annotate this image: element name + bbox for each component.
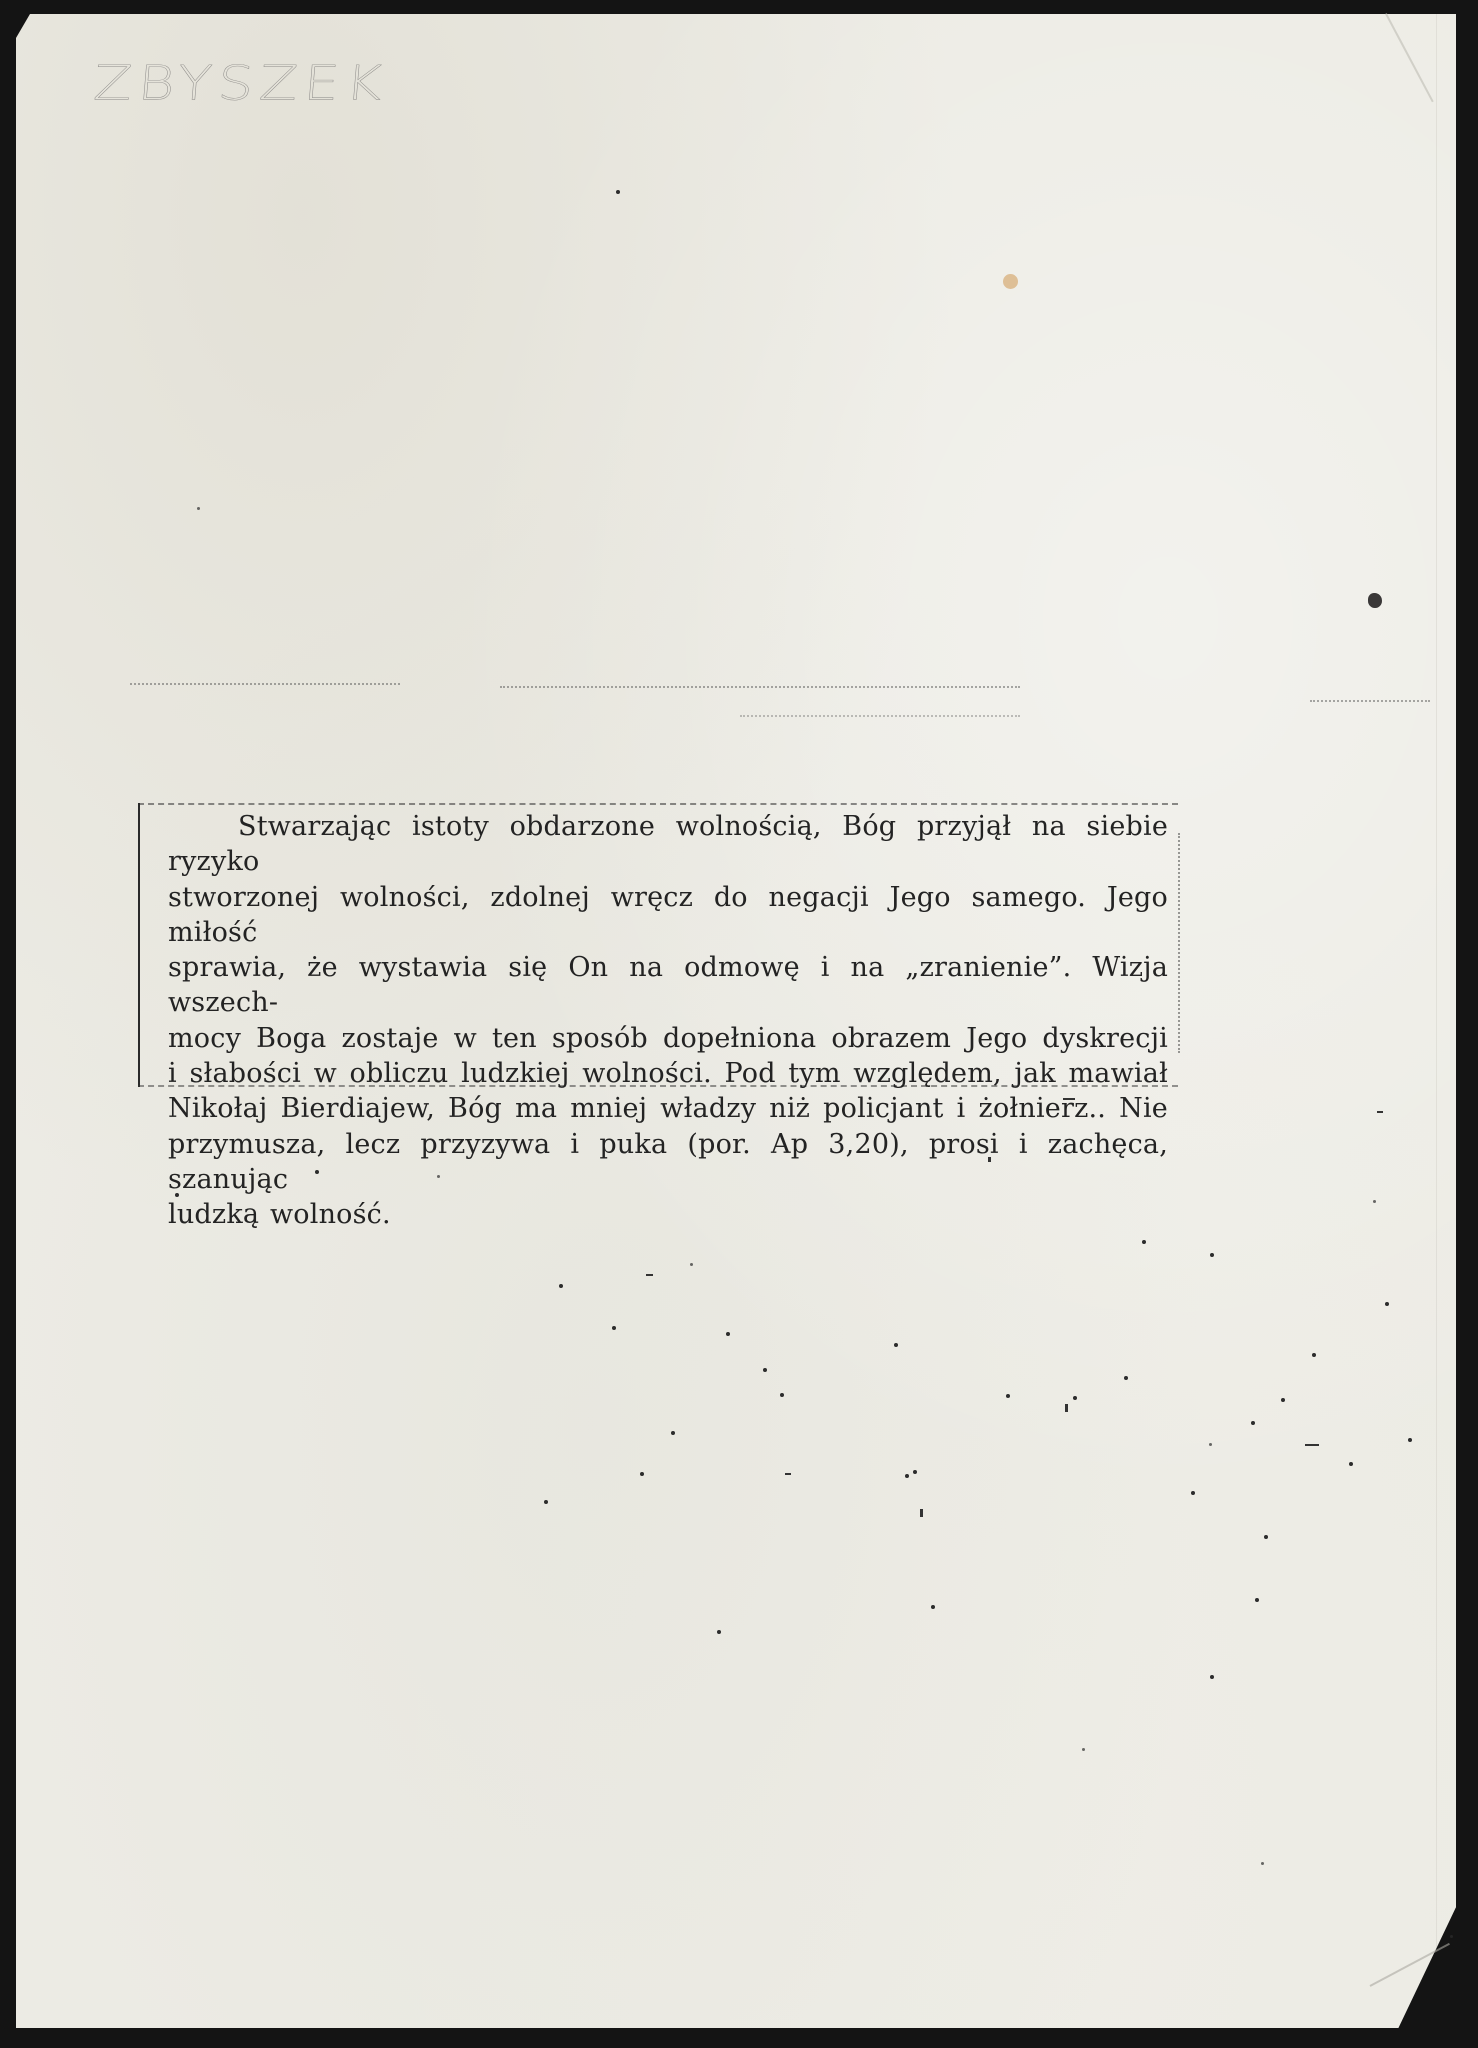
speck xyxy=(1349,1462,1353,1466)
speck xyxy=(544,1500,548,1504)
clipping-border-top xyxy=(138,803,1178,805)
speck xyxy=(717,1630,721,1634)
speck xyxy=(763,1368,767,1372)
stain-mark xyxy=(1003,274,1018,289)
newspaper-clipping: Stwarzając istoty obdarzone wolnością, B… xyxy=(138,803,1178,1087)
speck xyxy=(671,1431,675,1435)
speck xyxy=(1006,1394,1010,1398)
speck xyxy=(616,190,620,194)
speck xyxy=(1305,1444,1319,1446)
speck xyxy=(931,1605,935,1609)
bleed-through-row xyxy=(130,683,400,687)
speck xyxy=(640,1472,644,1476)
clipping-border-right xyxy=(1178,833,1180,1053)
speck xyxy=(437,1175,440,1178)
speck xyxy=(726,1332,730,1336)
speck xyxy=(1073,1396,1077,1400)
bleed-through-row xyxy=(740,715,1020,719)
speck xyxy=(175,1193,179,1197)
speck xyxy=(197,507,200,510)
clipping-line: i słabości w obliczu ludzkiej wolności. … xyxy=(168,1056,1168,1091)
speck xyxy=(1210,1675,1214,1679)
speck xyxy=(1261,1862,1264,1865)
speck xyxy=(894,1343,898,1347)
speck xyxy=(785,1473,791,1475)
speck xyxy=(920,1509,923,1517)
fold-line xyxy=(1436,14,1437,2014)
speck xyxy=(1408,1438,1412,1442)
speck xyxy=(1264,1535,1268,1539)
ink-blot xyxy=(1368,593,1382,608)
handwritten-name: ZBYSZEK xyxy=(91,56,390,111)
clipping-line: przymusza, lecz przyzywa i puka (por. Ap… xyxy=(168,1127,1168,1198)
speck xyxy=(690,1263,693,1266)
speck xyxy=(1450,1935,1453,1938)
speck xyxy=(1281,1398,1285,1402)
clipping-border-left xyxy=(138,803,140,1087)
speck xyxy=(1210,1253,1214,1257)
speck xyxy=(1312,1353,1316,1357)
speck xyxy=(1063,1098,1075,1100)
bleed-through-row xyxy=(500,686,1020,690)
clipping-line: sprawia, że wystawia się On na odmowę i … xyxy=(168,950,1168,1021)
clipping-line: ludzką wolność. xyxy=(168,1197,1168,1232)
clipping-line: stworzonej wolności, zdolnej wręcz do ne… xyxy=(168,880,1168,951)
clipping-line: Stwarzając istoty obdarzone wolnością, B… xyxy=(168,809,1168,880)
speck xyxy=(1377,1111,1383,1113)
speck xyxy=(1385,1302,1389,1306)
speck xyxy=(1373,1200,1376,1203)
speck xyxy=(988,1157,991,1162)
speck xyxy=(913,1470,917,1474)
speck xyxy=(612,1326,616,1330)
bleed-through-row xyxy=(1310,700,1430,704)
speck xyxy=(1082,1748,1085,1751)
speck xyxy=(905,1474,909,1478)
speck xyxy=(1065,1404,1068,1412)
speck xyxy=(1124,1376,1128,1380)
speck xyxy=(1142,1240,1146,1244)
speck xyxy=(1251,1421,1255,1425)
speck xyxy=(1209,1443,1212,1446)
speck xyxy=(1255,1598,1259,1602)
clipping-text: Stwarzając istoty obdarzone wolnością, B… xyxy=(168,809,1168,1233)
clipping-line: mocy Boga zostaje w ten sposób dopełnion… xyxy=(168,1021,1168,1056)
speck xyxy=(646,1274,653,1276)
speck xyxy=(315,1170,319,1174)
clipping-line: Nikołaj Bierdiajew, Bóg ma mniej władzy … xyxy=(168,1091,1168,1126)
speck xyxy=(780,1393,784,1397)
scan-background: ZBYSZEK Stwarzając istoty obdarzone woln… xyxy=(0,0,1478,2048)
speck xyxy=(1191,1491,1195,1495)
speck xyxy=(559,1284,563,1288)
